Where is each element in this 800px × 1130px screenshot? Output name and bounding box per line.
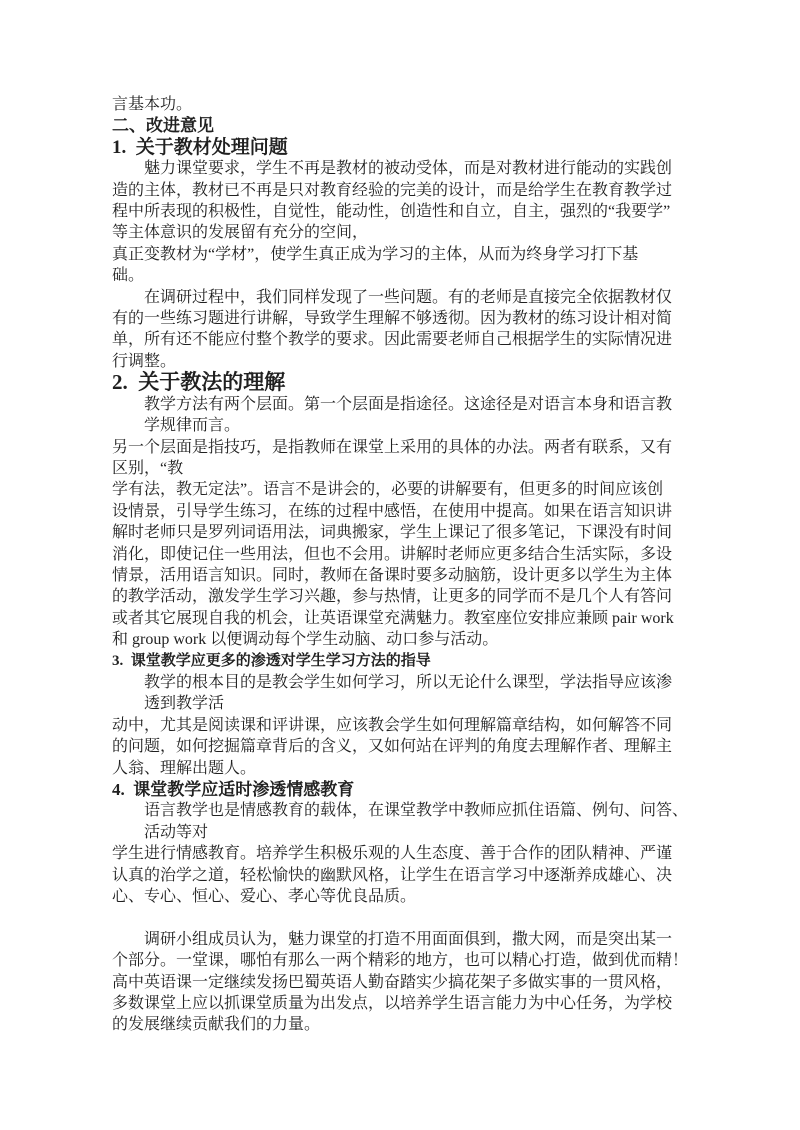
body-text-line: 魅力课堂要求，学生不再是教材的被动受体，而是对教材进行能动的实践创 [112, 158, 692, 179]
body-text-line: 教学的根本目的是教会学生如何学习，所以无论什么课型，学法指导应该渗 [112, 672, 692, 693]
section-heading: 4. 课堂教学应适时渗透情感教育 [112, 779, 692, 800]
body-text-line: 的教学活动，激发学生学习兴趣，参与热情，让更多的同学而不是几个人有答问 [112, 586, 692, 607]
body-text-line: 认真的治学之道，轻松愉快的幽默风格，让学生在语言学习中逐渐养成雄心、决 [112, 865, 692, 886]
body-text-line: 程中所表现的积极性，自觉性，能动性，创造性和自立，自主，强烈的“我要学” [112, 201, 692, 222]
body-text-line: 调研小组成员认为，魅力课堂的打造不用面面俱到，撒大网，而是突出某一 [112, 929, 692, 950]
body-text-line: 的发展继续贡献我们的力量。 [112, 1014, 692, 1035]
body-text-line: 区别，“教 [112, 458, 692, 479]
body-text-line: 的问题，如何挖掘篇章背后的含义，又如何站在评判的角度去理解作者、理解主 [112, 736, 692, 757]
body-text-line: 多数课堂上应以抓课堂质量为出发点，以培养学生语言能力为中心任务，为学校 [112, 993, 692, 1014]
body-text-line: 在调研过程中，我们同样发现了一些问题。有的老师是直接完全依据教材仅 [112, 287, 692, 308]
document-text: 言基本功。二、改进意见1. 关于教材处理问题魅力课堂要求，学生不再是教材的被动受… [112, 94, 692, 1036]
body-text-line: 造的主体，教材已不再是只对教育经验的完美的设计，而是给学生在教育教学过 [112, 180, 692, 201]
body-text-line: 等主体意识的发展留有充分的空间， [112, 222, 692, 243]
body-text-line: 透到教学活 [112, 693, 692, 714]
body-text-line: 和 group work 以便调动每个学生动脑、动口参与活动。 [112, 629, 692, 650]
section-heading: 3. 课堂教学应更多的渗透对学生学习方法的指导 [112, 651, 692, 672]
body-text-line: 心、专心、恒心、爱心、孝心等优良品质。 [112, 886, 692, 907]
body-text-line: 设情景，引导学生练习，在练的过程中感悟，在使用中提高。如果在语言知识讲 [112, 501, 692, 522]
body-text-line: 有的一些练习题进行讲解，导致学生理解不够透彻。因为教材的练习设计相对简 [112, 308, 692, 329]
body-text-line: 或者其它展现自我的机会，让英语课堂充满魅力。教室座位安排应兼顾 pair wor… [112, 608, 692, 629]
body-text-line: 学有法，教无定法”。语言不是讲会的，必要的讲解要有，但更多的时间应该创 [112, 479, 692, 500]
body-text-line: 础。 [112, 265, 692, 286]
section-heading: 2. 关于教法的理解 [112, 372, 692, 393]
body-text-line: 动中，尤其是阅读课和评讲课，应该教会学生如何理解篇章结构，如何解答不同 [112, 715, 692, 736]
body-text-line: 另一个层面是指技巧，是指教师在课堂上采用的具体的办法。两者有联系，又有 [112, 437, 692, 458]
section-heading: 二、改进意见 [112, 115, 692, 136]
body-text-line: 单，所有还不能应付整个教学的要求。因此需要老师自己根据学生的实际情况进 [112, 329, 692, 350]
body-text-line: 高中英语课一定继续发扬巴蜀英语人勤奋踏实少搞花架子多做实事的一贯风格， [112, 972, 692, 993]
section-heading: 1. 关于教材处理问题 [112, 137, 692, 158]
blank-line [112, 907, 692, 928]
body-text-line: 情景，活用语言知识。同时，教师在备课时要多动脑筋，设计更多以学生为主体 [112, 565, 692, 586]
body-text-line: 语言教学也是情感教育的载体，在课堂教学中教师应抓住语篇、例句、问答、 [112, 800, 692, 821]
body-text-line: 解时老师只是罗列词语用法，词典搬家，学生上课记了很多笔记，下课没有时间 [112, 522, 692, 543]
body-text-line: 真正变教材为“学材”，使学生真正成为学习的主体，从而为终身学习打下基 [112, 244, 692, 265]
body-text-line: 个部分。一堂课，哪怕有那么一两个精彩的地方，也可以精心打造，做到优而精！ [112, 950, 692, 971]
body-text-line: 人翁、理解出题人。 [112, 758, 692, 779]
body-text-line: 教学方法有两个层面。第一个层面是指途径。这途径是对语言本身和语言教 [112, 394, 692, 415]
body-text-line: 学生进行情感教育。培养学生积极乐观的人生态度、善于合作的团队精神、严谨 [112, 843, 692, 864]
body-text-line: 学规律而言。 [112, 415, 692, 436]
body-text-line: 活动等对 [112, 822, 692, 843]
body-text-line: 行调整。 [112, 351, 692, 372]
body-text-line: 言基本功。 [112, 94, 692, 115]
document-page: 言基本功。二、改进意见1. 关于教材处理问题魅力课堂要求，学生不再是教材的被动受… [0, 0, 800, 1130]
body-text-line: 消化，即使记住一些用法，但也不会用。讲解时老师应更多结合生活实际，多设 [112, 544, 692, 565]
